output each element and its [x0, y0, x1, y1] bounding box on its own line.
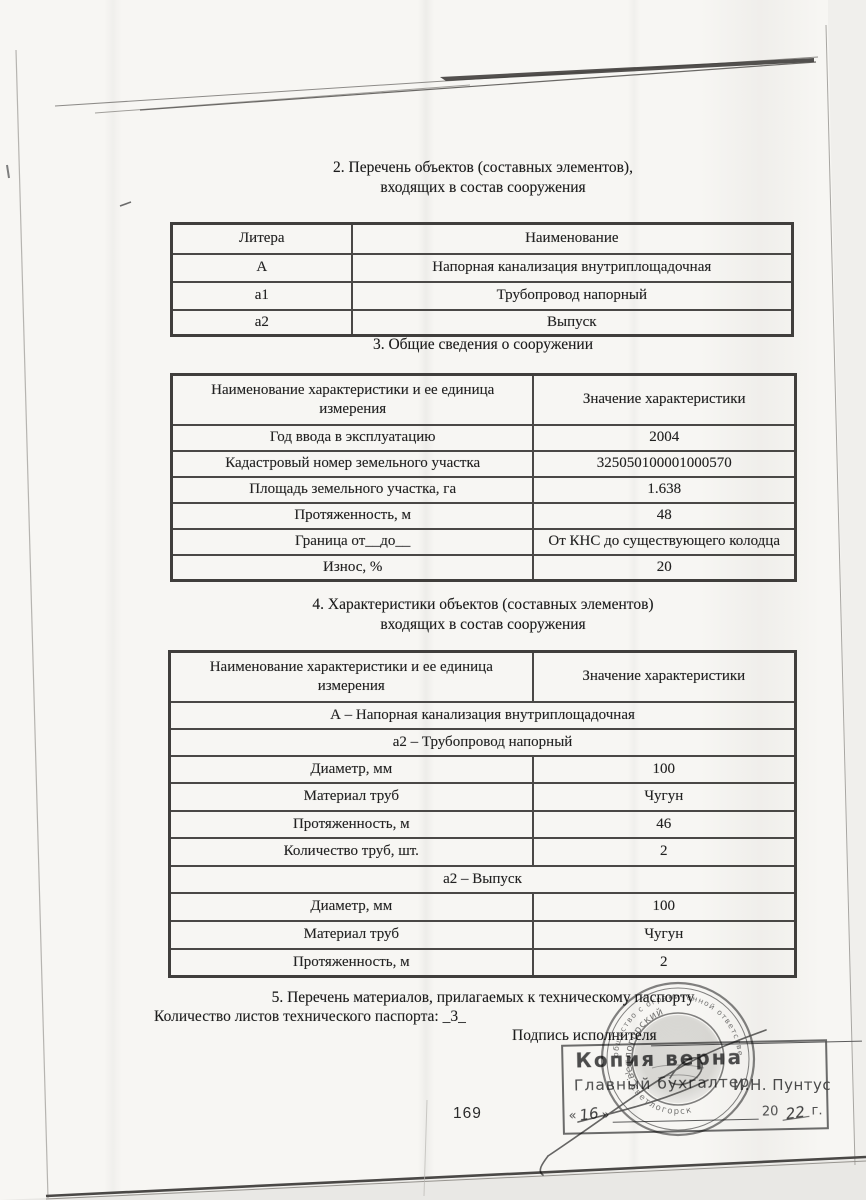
characteristic-cell: Диаметр, мм [170, 756, 533, 784]
table-row: Протяженность, м 46 [170, 811, 796, 839]
table-row: Диаметр, мм 100 [170, 893, 796, 921]
name-cell: Выпуск [352, 310, 793, 336]
characteristic-cell: Протяженность, м [170, 949, 533, 977]
col-header-characteristic: Наименование характеристики и ее единица… [170, 652, 533, 702]
copy-stamp-dateline: « 16 » 20 22 г. [568, 1098, 822, 1123]
year-prefix: 20 [762, 1104, 779, 1119]
characteristic-cell: Граница от__до__ [172, 529, 534, 555]
objects-table-header-row: Литера Наименование [172, 224, 793, 254]
value-cell: 46 [533, 811, 796, 839]
litera-cell: А [172, 254, 352, 282]
span-row-object-a: А – Напорная канализация внутриплощадочн… [170, 702, 796, 729]
table-row: Материал труб Чугун [170, 921, 796, 949]
outlet-label: а2 – Выпуск [170, 866, 796, 893]
characteristic-cell: Кадастровый номер земельного участка [172, 451, 534, 477]
value-cell: 2 [533, 949, 796, 977]
pipe-label: а2 – Трубопровод напорный [170, 729, 796, 756]
executor-name: И.Н. Пунтус [733, 1076, 831, 1094]
general-info-table: Наименование характеристики и ее единица… [170, 373, 797, 582]
col-header-litera: Литера [172, 224, 352, 254]
value-cell: 325050100001000570 [533, 451, 795, 477]
quote-close: » [601, 1108, 609, 1123]
characteristic-cell: Год ввода в эксплуатацию [172, 425, 534, 451]
characteristic-cell: Количество труб, шт. [170, 838, 533, 866]
value-cell: 48 [533, 503, 795, 529]
name-cell: Трубопровод напорный [352, 282, 793, 310]
year-suffix: г. [811, 1103, 822, 1118]
name-cell: Напорная канализация внутриплощадочная [352, 254, 793, 282]
value-cell: 100 [533, 756, 796, 784]
characteristic-cell: Материал труб [170, 921, 533, 949]
section4-title: 4. Характеристики объектов (составных эл… [170, 595, 796, 635]
table-row: А Напорная канализация внутриплощадочная [172, 254, 793, 282]
copy-stamp-line2: Главный бухгалтер [574, 1073, 751, 1095]
section3-title: 3. Общие сведения о сооружении [170, 335, 796, 355]
sheets-count-line: Количество листов технического паспорта:… [154, 1008, 466, 1026]
litera-cell: а2 [172, 310, 352, 336]
value-cell: 2 [533, 838, 796, 866]
section3-title-text: 3. Общие сведения о сооружении [170, 335, 796, 355]
value-cell: 1.638 [533, 477, 795, 503]
span-row-pipe: а2 – Трубопровод напорный [170, 729, 796, 756]
characteristic-cell: Площадь земельного участка, га [172, 477, 534, 503]
value-cell: От КНС до существующего колодца [533, 529, 795, 555]
characteristic-cell: Протяженность, м [172, 503, 534, 529]
table-row: Протяженность, м 2 [170, 949, 796, 977]
handwritten-year: 22 [781, 1102, 810, 1121]
col-header-value: Значение характеристики [533, 652, 796, 702]
table-row: Год ввода в эксплуатацию 2004 [172, 425, 796, 451]
col-header-characteristic: Наименование характеристики и ее единица… [172, 375, 534, 425]
section4-title-line1: 4. Характеристики объектов (составных эл… [170, 595, 796, 615]
table-row: Протяженность, м 48 [172, 503, 796, 529]
characteristic-cell: Износ, % [172, 555, 534, 581]
characteristic-cell: Диаметр, мм [170, 893, 533, 921]
table-row: Количество труб, шт. 2 [170, 838, 796, 866]
object-a-label: А – Напорная канализация внутриплощадочн… [170, 702, 796, 729]
general-info-header-row: Наименование характеристики и ее единица… [172, 375, 796, 425]
table-row: Диаметр, мм 100 [170, 756, 796, 784]
col-header-naimenovanie: Наименование [352, 224, 793, 254]
section5-title: 5. Перечень материалов, прилагаемых к те… [170, 988, 796, 1008]
value-cell: 2004 [533, 425, 795, 451]
span-row-outlet: а2 – Выпуск [170, 866, 796, 893]
section5-title-text: 5. Перечень материалов, прилагаемых к те… [170, 988, 796, 1008]
quote-open: « [568, 1108, 576, 1123]
value-cell: Чугун [533, 783, 796, 811]
table-row: Граница от__до__ От КНС до существующего… [172, 529, 796, 555]
month-blank-line [612, 1105, 759, 1123]
table-row: а2 Выпуск [172, 310, 793, 336]
section2-title-line1: 2. Перечень объектов (составных элементо… [170, 158, 796, 178]
copy-stamp-line1: Копия верна [575, 1045, 743, 1073]
handwritten-day: 16 [578, 1104, 599, 1125]
characteristic-cell: Протяженность, м [170, 811, 533, 839]
table-row: Износ, % 20 [172, 555, 796, 581]
litera-cell: а1 [172, 282, 352, 310]
table-row: Площадь земельного участка, га 1.638 [172, 477, 796, 503]
objects-table: Литера Наименование А Напорная канализац… [170, 222, 794, 337]
col-header-value: Значение характеристики [533, 375, 795, 425]
table-row: Материал труб Чугун [170, 783, 796, 811]
value-cell: 100 [533, 893, 796, 921]
page-number: 169 [453, 1105, 482, 1123]
characteristics-table: Наименование характеристики и ее единица… [168, 650, 797, 978]
table-row: а1 Трубопровод напорный [172, 282, 793, 310]
characteristics-header-row: Наименование характеристики и ее единица… [170, 652, 796, 702]
value-cell: 20 [533, 555, 795, 581]
section4-title-line2: входящих в состав сооружения [170, 615, 796, 635]
value-cell: Чугун [533, 921, 796, 949]
table-row: Кадастровый номер земельного участка 325… [172, 451, 796, 477]
characteristic-cell: Материал труб [170, 783, 533, 811]
section2-title-line2: входящих в состав сооружения [170, 178, 796, 198]
section2-title: 2. Перечень объектов (составных элементо… [170, 158, 796, 198]
